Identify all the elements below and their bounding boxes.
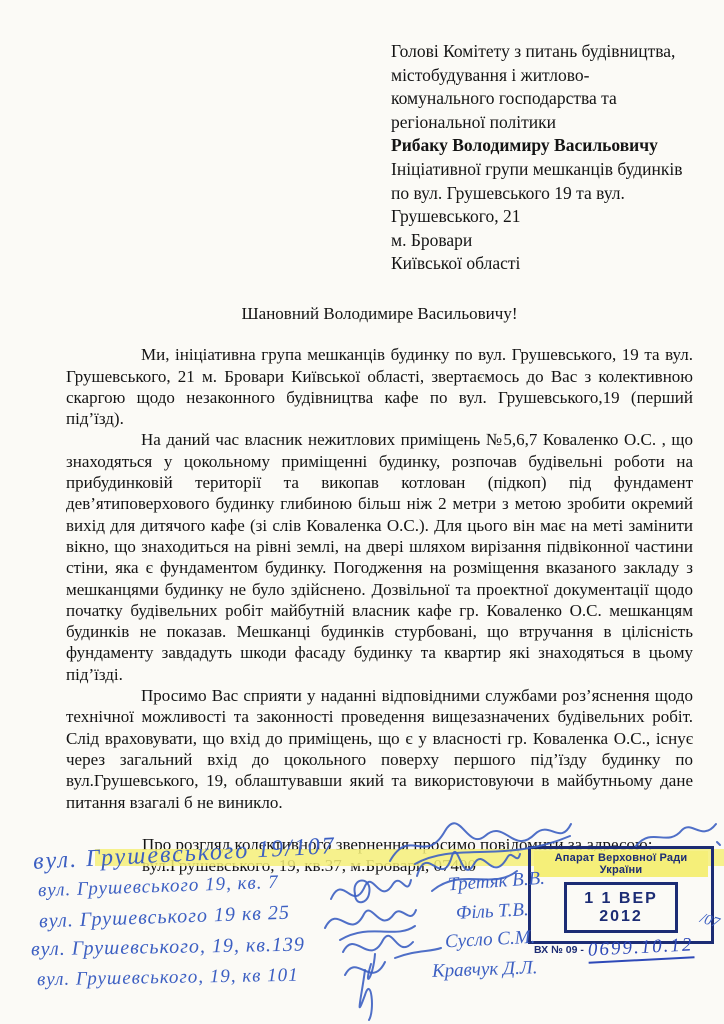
sender-line: Київської області bbox=[391, 252, 711, 276]
signature-name: Кравчук Д.Л. bbox=[432, 957, 538, 983]
sender-line: Ініціативної групи мешканців будинків bbox=[391, 158, 711, 182]
sender-line: по вул. Грушевського 19 та вул. bbox=[391, 182, 711, 206]
stamp-number-line: ВХ № 09 - 0699.10.12 bbox=[534, 937, 708, 961]
signature-address: вул. Грушевського 19 кв 25 bbox=[39, 902, 291, 934]
sender-line: м. Бровари bbox=[391, 229, 711, 253]
letter-body: Шановний Володимире Васильовичу! Ми, іні… bbox=[66, 303, 693, 876]
signature-name: Філь Т.В. bbox=[455, 899, 529, 925]
signature-name: Сусло С.М. bbox=[444, 927, 535, 954]
signature-scribble bbox=[412, 836, 522, 896]
stamp-number-label: ВХ № 09 - bbox=[534, 944, 584, 956]
sender-line: Грушевського, 21 bbox=[391, 205, 711, 229]
recipient-line: містобудування і житлово- bbox=[391, 64, 711, 88]
recipient-name: Рибаку Володимиру Васильовичу bbox=[391, 134, 711, 158]
recipient-line: Голові Комітету з питань будівництва, bbox=[391, 40, 711, 64]
stamp-date-box: 1 1 ВЕР 2012 bbox=[564, 882, 678, 933]
body-paragraph: На даний час власник нежитлових приміщен… bbox=[66, 429, 693, 685]
salutation: Шановний Володимире Васильовичу! bbox=[66, 303, 693, 324]
recipient-block: Голові Комітету з питань будівництва, мі… bbox=[391, 40, 711, 158]
stamp-date: 1 1 ВЕР 2012 bbox=[584, 890, 658, 925]
scanned-letter-page: Голові Комітету з питань будівництва, мі… bbox=[0, 0, 724, 1024]
recipient-line: комунального господарства та bbox=[391, 87, 711, 111]
sender-block: Ініціативної групи мешканців будинків по… bbox=[391, 158, 711, 276]
body-paragraph: Просимо Вас сприяти у наданні відповідни… bbox=[66, 685, 693, 813]
signature-scribble bbox=[632, 816, 722, 852]
recipient-line: регіональної політики bbox=[391, 111, 711, 135]
body-paragraph: Ми, ініціативна група мешканців будинку … bbox=[66, 344, 693, 429]
signature-address: вул. Грушевського, 19, кв.139 bbox=[31, 934, 305, 962]
signature-address: вул. Грушевського, 19, кв 101 bbox=[37, 965, 299, 992]
signature-scribble bbox=[335, 950, 405, 1024]
stamp-number: 0699.10.12 bbox=[587, 934, 694, 963]
